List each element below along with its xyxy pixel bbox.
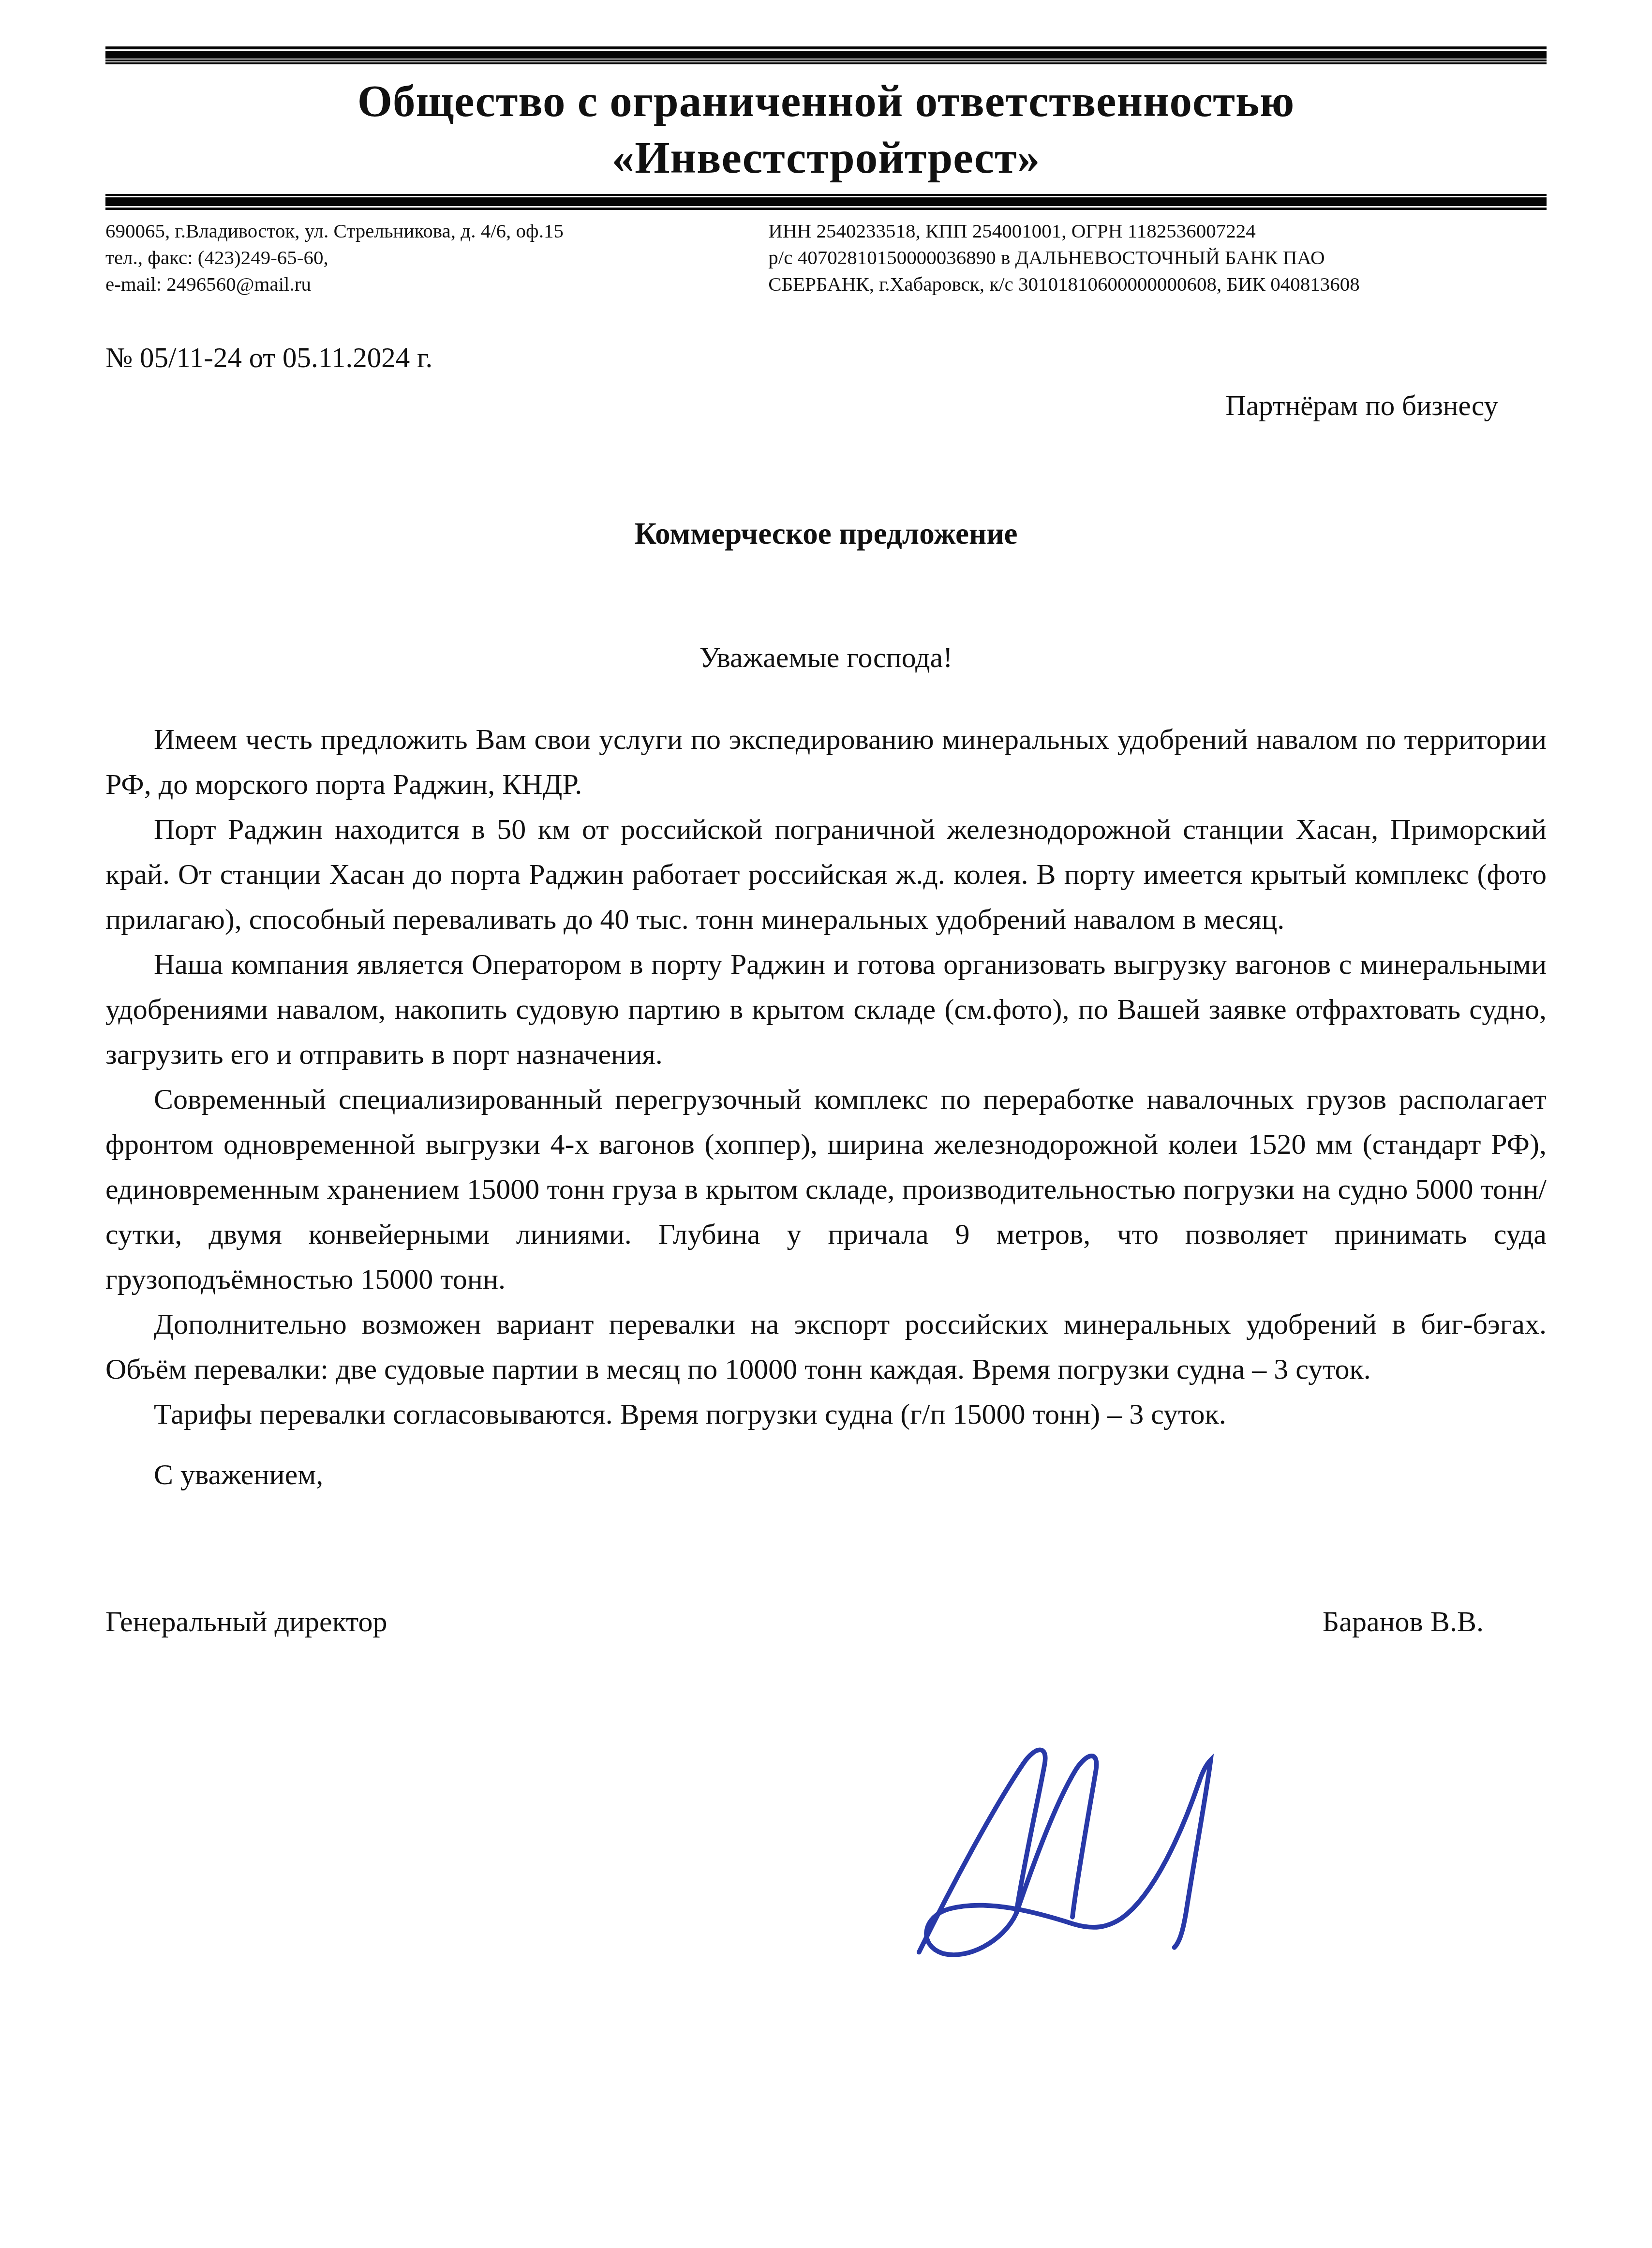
bank-account-line: р/с 40702810150000036890 в ДАЛЬНЕВОСТОЧН…: [768, 244, 1547, 271]
body-paragraph: Порт Раджин находится в 50 км от российс…: [105, 807, 1547, 942]
letter-body: Имеем честь предложить Вам свои услуги п…: [105, 717, 1547, 1437]
body-paragraph: Дополнительно возможен вариант перевалки…: [105, 1302, 1547, 1392]
address-line: 690065, г.Владивосток, ул. Стрельникова,…: [105, 218, 740, 244]
signature-ink-icon: [880, 1737, 1248, 1959]
bank-corr-line: СБЕРБАНК, г.Хабаровск, к/с 3010181060000…: [768, 271, 1547, 298]
closing-regards: С уважением,: [105, 1452, 1547, 1497]
contact-address-block: 690065, г.Владивосток, ул. Стрельникова,…: [105, 218, 740, 298]
org-type-line: Общество с ограниченной ответственностью: [105, 73, 1547, 130]
body-paragraph: Современный специализированный перегрузо…: [105, 1077, 1547, 1302]
reference-number: № 05/11-24 от 05.11.2024 г.: [105, 340, 1547, 375]
salutation: Уважаемые господа!: [105, 640, 1547, 676]
email-line: e-mail: 2496560@mail.ru: [105, 271, 740, 298]
document-title: Коммерческое предложение: [105, 515, 1547, 552]
inn-kpp-ogrn-line: ИНН 2540233518, КПП 254001001, ОГРН 1182…: [768, 218, 1547, 244]
letterhead-org-name: Общество с ограниченной ответственностью…: [105, 73, 1547, 186]
signoff-position: Генеральный директор: [105, 1604, 387, 1640]
signoff-row: Генеральный директор Баранов В.В.: [105, 1604, 1547, 1640]
handwritten-signature: [880, 1737, 1248, 1959]
scanned-letter-page: Общество с ограниченной ответственностью…: [0, 0, 1652, 2248]
letterhead-top-rule: [105, 46, 1547, 64]
body-paragraph: Имеем честь предложить Вам свои услуги п…: [105, 717, 1547, 807]
letterhead-contacts: 690065, г.Владивосток, ул. Стрельникова,…: [105, 218, 1547, 298]
body-paragraph: Наша компания является Оператором в порт…: [105, 942, 1547, 1077]
bank-requisites-block: ИНН 2540233518, КПП 254001001, ОГРН 1182…: [768, 218, 1547, 298]
body-paragraph: Тарифы перевалки согласовываются. Время …: [105, 1392, 1547, 1437]
letterhead-middle-rule: [105, 194, 1547, 210]
phone-line: тел., факс: (423)249-65-60,: [105, 244, 740, 271]
org-name-line: «Инвестстройтрест»: [105, 130, 1547, 186]
addressee: Партнёрам по бизнесу: [105, 388, 1547, 423]
signoff-name: Баранов В.В.: [1323, 1604, 1547, 1640]
